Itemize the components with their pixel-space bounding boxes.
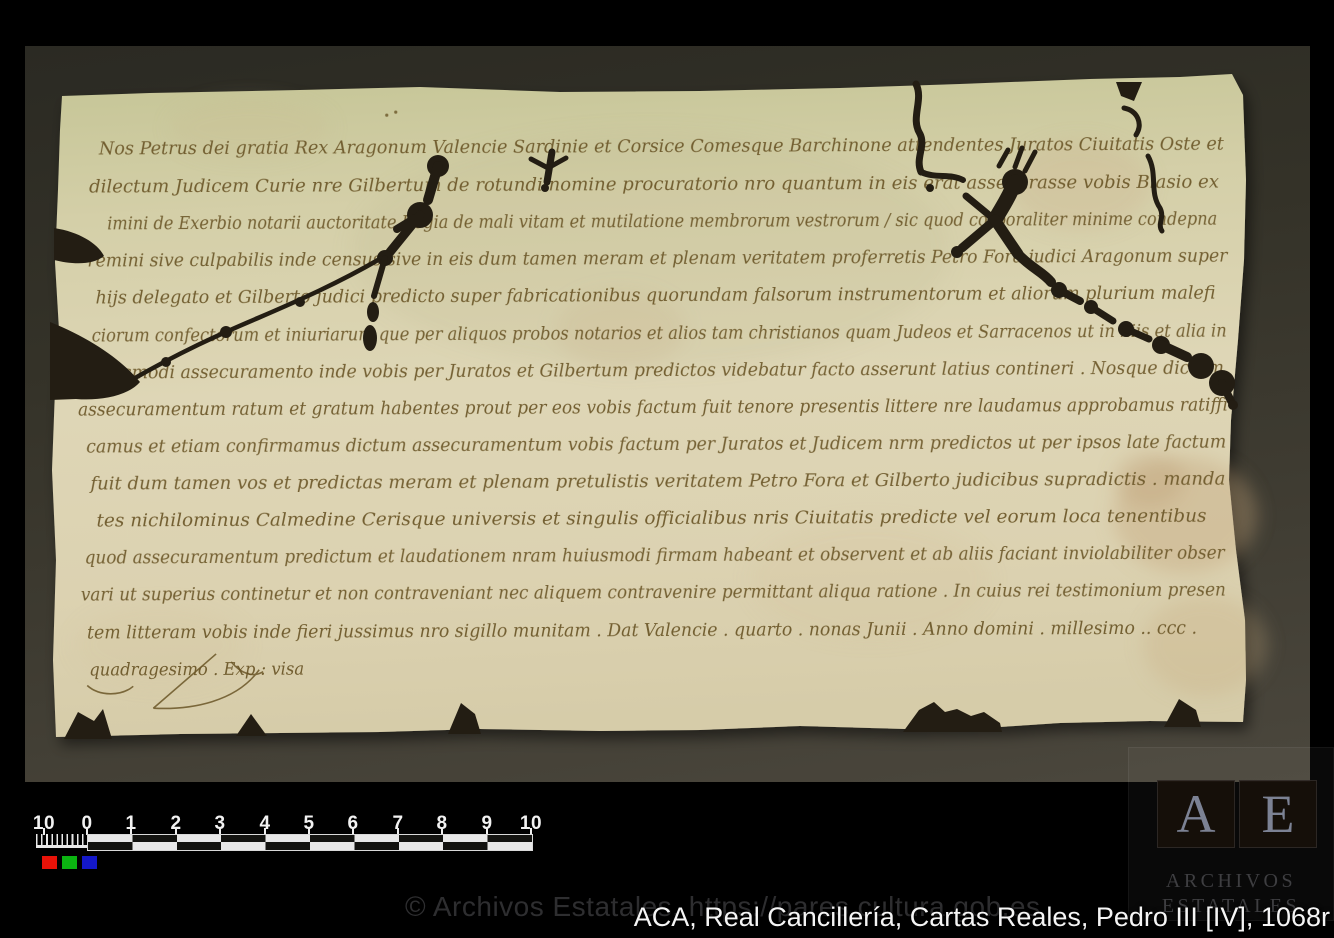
archive-photo-viewer: Nos Petrus dei gratia Rex Aragonum Valen… (0, 0, 1334, 938)
ruler-tick (130, 828, 132, 835)
archivos-estatales-logo: A E ARCHIVOS ESTATALES (1128, 747, 1334, 921)
ruler-label: 0 (67, 813, 107, 835)
ruler-label: 10 (24, 813, 64, 835)
ruler-tick (486, 828, 488, 835)
logo-text-archivos: ARCHIVOS (1129, 870, 1333, 893)
ruler-tick (308, 828, 310, 835)
color-chip-green (62, 856, 77, 869)
ruler-tick (86, 828, 88, 835)
photo-backdrop (25, 46, 1310, 782)
ruler-label: 9 (467, 813, 507, 835)
ruler-tick (264, 828, 266, 835)
ruler-tick (352, 828, 354, 835)
color-chip-red (42, 856, 57, 869)
logo-letter-a-tile: A (1157, 780, 1235, 848)
ruler-tick (219, 828, 221, 835)
ruler-label: 2 (156, 813, 196, 835)
ruler-checkerboard-top (87, 834, 533, 843)
ruler-label: 6 (333, 813, 373, 835)
ruler-checkerboard-bottom (87, 842, 533, 851)
ruler-label: 5 (289, 813, 329, 835)
logo-letter: A (1177, 783, 1216, 845)
ruler-tick (43, 828, 45, 835)
ruler-millimeter-section (36, 834, 87, 848)
logo-letter-e-tile: E (1239, 780, 1317, 848)
ruler-label: 3 (200, 813, 240, 835)
ruler-tick (530, 828, 532, 835)
ruler-label: 7 (378, 813, 418, 835)
color-chip-blue (82, 856, 97, 869)
ruler-tick (441, 828, 443, 835)
ruler-label: 8 (422, 813, 462, 835)
archive-reference-caption: ACA, Real Cancillería, Cartas Reales, Pe… (634, 902, 1330, 933)
logo-letter: E (1262, 783, 1295, 845)
ruler-label: 1 (111, 813, 151, 835)
ruler-tick (397, 828, 399, 835)
ruler-label: 4 (245, 813, 285, 835)
ruler-label: 10 (511, 813, 551, 835)
ruler-tick (175, 828, 177, 835)
